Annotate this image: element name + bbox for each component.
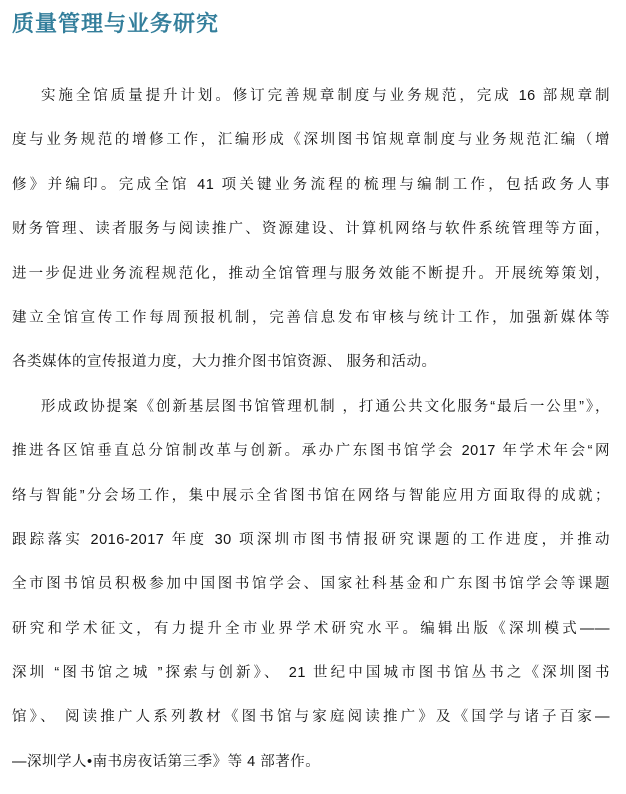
text-line: 深圳 “图书馆之城 ”探索与创新》、 21 世纪中国城市图书馆丛书之《深圳图书: [12, 651, 610, 695]
text-line: 各类媒体的宣传报道力度，大力推介图书馆资源、 服务和活动。: [12, 340, 610, 384]
text-line: 修》并编印。完成全馆 41 项关键业务流程的梳理与编制工作，包括政务人事: [12, 163, 610, 207]
text-line: 跟踪落实 2016-2017 年度 30 项深圳市图书情报研究课题的工作进度，并…: [12, 518, 610, 562]
section-title: 质量管理与业务研究: [12, 9, 610, 39]
text-line: 全市图书馆员积极参加中国图书馆学会、国家社科基金和广东图书馆学会等课题: [12, 562, 610, 606]
paragraph: 形成政协提案《创新基层图书馆管理机制 ，打通公共文化服务“最后一公里”》，推进各…: [12, 385, 610, 785]
text-line: 实施全馆质量提升计划。修订完善规章制度与业务规范，完成 16 部规章制: [12, 74, 610, 118]
text-line: 度与业务规范的增修工作，汇编形成《深圳图书馆规章制度与业务规范汇编（增: [12, 118, 610, 162]
text-line: 络与智能”分会场工作，集中展示全省图书馆在网络与智能应用方面取得的成就；: [12, 474, 610, 518]
text-line: 推进各区馆垂直总分馆制改革与创新。承办广东图书馆学会 2017 年学术年会“网: [12, 429, 610, 473]
text-line: —深圳学人•南书房夜话第三季》等 4 部著作。: [12, 740, 610, 784]
text-line: 进一步促进业务流程规范化，推动全馆管理与服务效能不断提升。开展统筹策划，: [12, 252, 610, 296]
text-line: 财务管理、读者服务与阅读推广、资源建设、计算机网络与软件系统管理等方面，: [12, 207, 610, 251]
paragraph: 实施全馆质量提升计划。修订完善规章制度与业务规范，完成 16 部规章制度与业务规…: [12, 74, 610, 385]
text-line: 形成政协提案《创新基层图书馆管理机制 ，打通公共文化服务“最后一公里”》，: [12, 385, 610, 429]
document-body: 实施全馆质量提升计划。修订完善规章制度与业务规范，完成 16 部规章制度与业务规…: [12, 74, 610, 784]
document-page: 质量管理与业务研究 实施全馆质量提升计划。修订完善规章制度与业务规范，完成 16…: [0, 0, 626, 794]
text-line: 馆》、 阅读推广人系列教材《图书馆与家庭阅读推广》及《国学与诸子百家—: [12, 695, 610, 739]
text-line: 建立全馆宣传工作每周预报机制，完善信息发布审核与统计工作，加强新媒体等: [12, 296, 610, 340]
text-line: 研究和学术征文，有力提升全市业界学术研究水平。编辑出版《深圳模式——: [12, 607, 610, 651]
